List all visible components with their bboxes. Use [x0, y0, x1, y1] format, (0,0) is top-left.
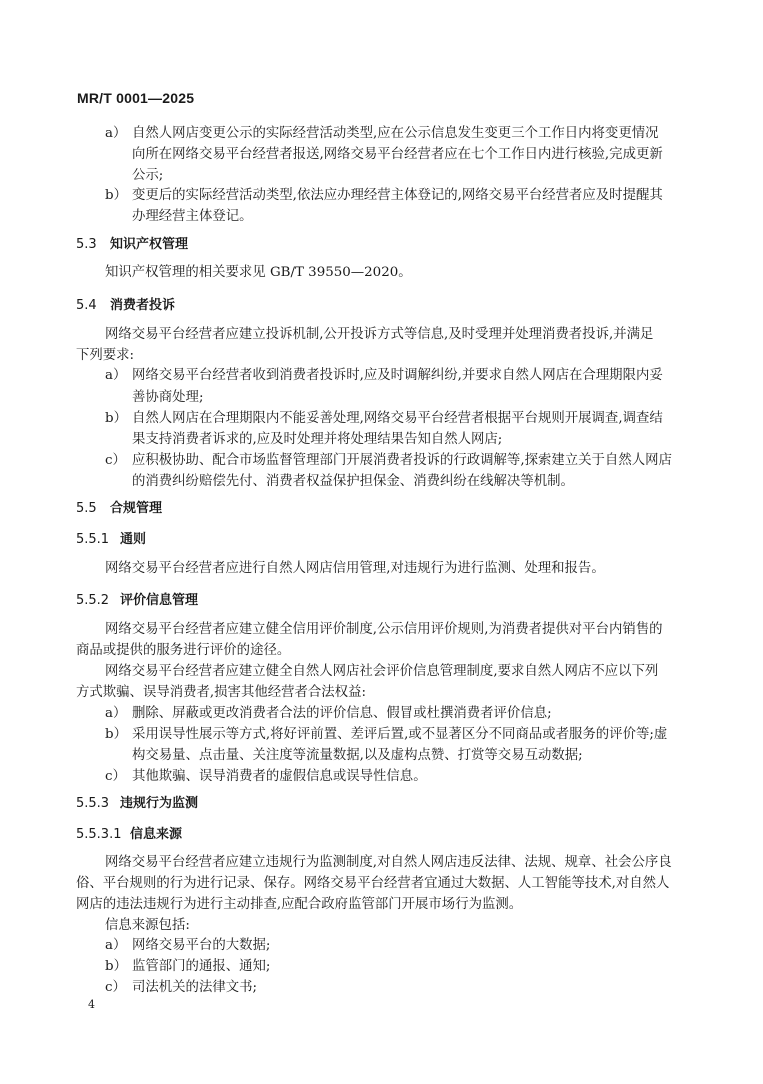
- section-heading-5-3: 5.3知识产权管理: [76, 236, 188, 254]
- list-item-text: 司法机关的法律文书;: [132, 979, 257, 997]
- section-heading-5-4: 5.4消费者投诉: [76, 297, 175, 315]
- list-label: b）: [105, 726, 127, 744]
- list-label: c）: [105, 452, 126, 470]
- section-heading-5-5: 5.5合规管理: [76, 500, 162, 518]
- paragraph: 网络交易平台经营者应进行自然人网店信用管理,对违规行为进行监测、处理和报告。: [105, 560, 605, 578]
- list-item-text: 删除、屏蔽或更改消费者合法的评价信息、假冒或杜撰消费者评价信息;: [132, 705, 552, 723]
- paragraph: 网络交易平台经营者应建立投诉机制,公开投诉方式等信息,及时受理并处理消费者投诉,…: [105, 326, 653, 344]
- list-item-text: 向所在网络交易平台经营者报送,网络交易平台经营者应在七个工作日内进行核验,完成更…: [132, 146, 663, 164]
- list-item-text: 应积极协助、配合市场监督管理部门开展消费者投诉的行政调解等,探索建立关于自然人网…: [132, 452, 672, 470]
- list-item-text: 自然人网店在合理期限内不能妥善处理,网络交易平台经营者根据平台规则开展调查,调查…: [132, 410, 663, 428]
- list-label: a）: [105, 937, 126, 955]
- list-label: a）: [105, 125, 126, 143]
- list-label: a）: [105, 367, 126, 385]
- paragraph: 商品或提供的服务进行评价的途径。: [76, 642, 290, 660]
- section-heading-5-5-3-1: 5.5.3.1信息来源: [76, 826, 182, 844]
- list-item-text: 构交易量、点击量、关注度等流量数据,以及虚构点赞、打赏等交易互动数据;: [132, 747, 583, 765]
- list-item-text: 采用误导性展示等方式,将好评前置、差评后置,或不显著区分不同商品或者服务的评价等…: [132, 726, 667, 744]
- paragraph: 网络交易平台经营者应建立健全信用评价制度,公示信用评价规则,为消费者提供对平台内…: [105, 621, 663, 639]
- list-label: c）: [105, 979, 126, 997]
- paragraph: 网络交易平台经营者应建立健全自然人网店社会评价信息管理制度,要求自然人网店不应以…: [105, 663, 658, 681]
- section-heading-5-5-1: 5.5.1通则: [76, 531, 146, 549]
- list-item-text: 善协商处理;: [132, 389, 203, 407]
- list-item-text: 网络交易平台的大数据;: [132, 937, 270, 955]
- list-item-text: 果支持消费者诉求的,应及时处理并将处理结果告知自然人网店;: [132, 431, 502, 449]
- list-item-text: 其他欺骗、误导消费者的虚假信息或误导性信息。: [132, 768, 427, 786]
- list-item-text: 办理经营主体登记。: [132, 208, 253, 226]
- list-label: b）: [105, 410, 127, 428]
- paragraph: 俗、平台规则的行为进行记录、保存。网络交易平台经营者宜通过大数据、人工智能等技术…: [76, 875, 669, 893]
- section-heading-5-5-3: 5.5.3违规行为监测: [76, 795, 198, 813]
- paragraph: 网店的违法违规行为进行主动排查,应配合政府监管部门开展市场行为监测。: [76, 896, 522, 914]
- list-label: a）: [105, 705, 126, 723]
- standard-code: MR/T 0001—2025: [77, 90, 194, 106]
- list-item-text: 网络交易平台经营者收到消费者投诉时,应及时调解纠纷,并要求自然人网店在合理期限内…: [132, 367, 663, 385]
- list-item-text: 监管部门的通报、通知;: [132, 958, 270, 976]
- paragraph: 下列要求:: [76, 347, 134, 365]
- list-item-text: 变更后的实际经营活动类型,依法应办理经营主体登记的,网络交易平台经营者应及时提醒…: [132, 187, 663, 205]
- section-heading-5-5-2: 5.5.2评价信息管理: [76, 592, 198, 610]
- list-item-text: 的消费纠纷赔偿先付、消费者权益保护担保金、消费纠纷在线解决等机制。: [132, 473, 574, 491]
- list-label: b）: [105, 958, 127, 976]
- paragraph: 信息来源包括:: [105, 917, 190, 935]
- list-item-text: 公示;: [132, 167, 163, 185]
- page-number: 4: [88, 998, 95, 1011]
- paragraph: 方式欺骗、误导消费者,损害其他经营者合法权益:: [76, 684, 366, 702]
- paragraph: 知识产权管理的相关要求见 GB/T 39550—2020。: [105, 264, 412, 282]
- list-item-text: 自然人网店变更公示的实际经营活动类型,应在公示信息发生变更三个工作日内将变更情况: [132, 125, 659, 143]
- list-label: c）: [105, 768, 126, 786]
- document-page: MR/T 0001—2025 a） 自然人网店变更公示的实际经营活动类型,应在公…: [0, 0, 763, 1084]
- list-label: b）: [105, 187, 127, 205]
- paragraph: 网络交易平台经营者应建立违规行为监测制度,对自然人网店违反法律、法规、规章、社会…: [105, 854, 672, 872]
